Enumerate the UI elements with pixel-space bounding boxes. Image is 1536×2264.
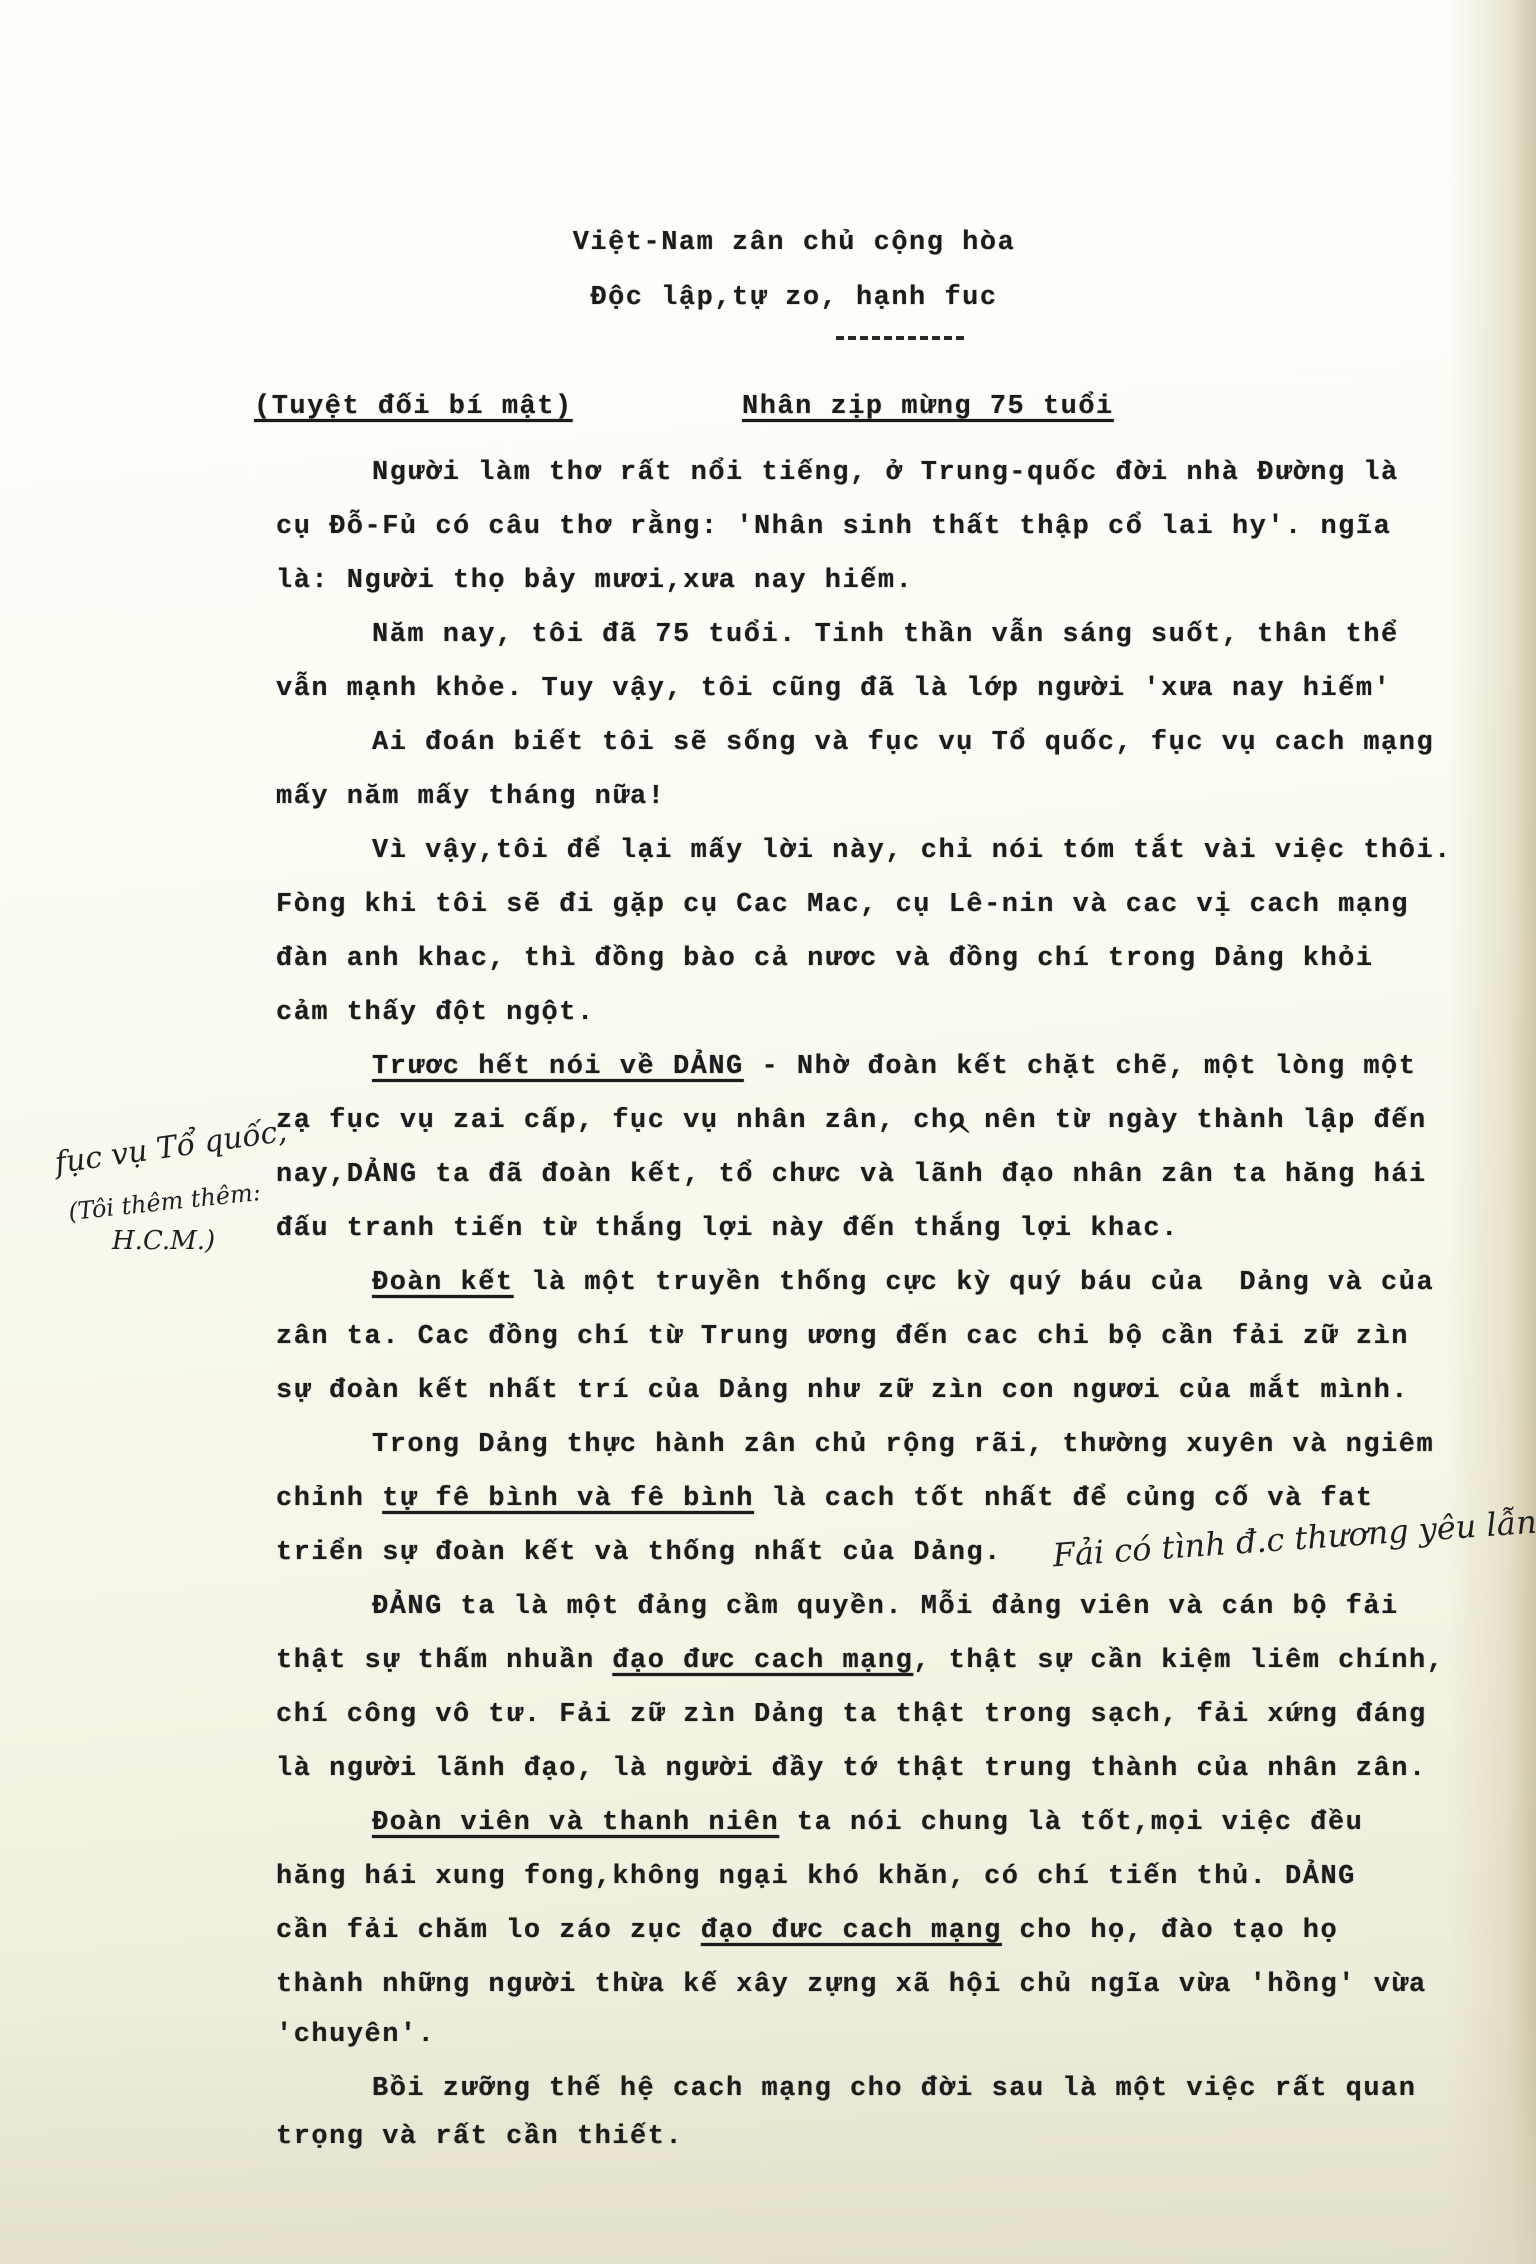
text-line: triển sự đoàn kết và thống nhất của Dảng… <box>276 1538 1002 1568</box>
document-title: Nhân zịp mừng 75 tuổi <box>742 392 1114 422</box>
underlined-phrase: Đoàn kết <box>372 1268 514 1298</box>
text-span: ta nói chung là tốt,mọi việc đều <box>779 1808 1363 1838</box>
text-line: trọng và rất cần thiết. <box>276 2122 683 2152</box>
text-span: mấy năm mấy tháng nữa! <box>276 782 665 812</box>
text-span: Bồi zưỡng thế hệ cach mạng cho đời sau l… <box>372 2074 1416 2104</box>
text-span: hăng hái xung fong,không ngại khó khăn, … <box>276 1862 1356 1892</box>
text-span: là: Người thọ bảy mươi,xưa nay hiếm. <box>276 566 913 596</box>
text-line: Đoàn kết là một truyền thống cực kỳ quý … <box>372 1268 1434 1298</box>
text-span: chỉnh <box>276 1484 382 1514</box>
page-edge-shadow <box>1446 0 1536 2264</box>
text-span: đàn anh khac, thì đồng bào cả nươc và đồ… <box>276 944 1374 974</box>
text-span: cho họ, đào tạo họ <box>1002 1916 1338 1946</box>
underlined-phrase: Đoàn viên và thanh niên <box>372 1808 779 1838</box>
text-line: zân ta. Cac đồng chí từ Trung ương đến c… <box>276 1322 1409 1352</box>
text-span: Năm nay, tôi đã 75 tuổi. Tinh thần vẫn s… <box>372 620 1399 650</box>
text-line: cần fải chăm lo záo zục đạo đưc cach mạn… <box>276 1916 1338 1946</box>
text-span: ĐẢNG ta là một đảng cầm quyền. Mỗi đảng … <box>372 1592 1399 1622</box>
header-divider <box>836 336 964 340</box>
text-line: zạ fục vụ zai cấp, fục vụ nhân zân, cho … <box>276 1106 1427 1136</box>
insertion-caret-mark: ^ <box>945 1117 974 1157</box>
text-line: là: Người thọ bảy mươi,xưa nay hiếm. <box>276 566 913 596</box>
text-span: trọng và rất cần thiết. <box>276 2122 683 2152</box>
text-line: sự đoàn kết nhất trí của Dảng như zữ zìn… <box>276 1376 1409 1406</box>
text-line: chỉnh tự fê bình và fê bình là cach tốt … <box>276 1484 1374 1514</box>
handwritten-margin-note-1: fục vụ Tổ quốc, <box>53 1114 289 1181</box>
text-line: Ai đoán biết tôi sẽ sống và fục vụ Tổ qu… <box>372 728 1434 758</box>
text-line: Fòng khi tôi sẽ đi gặp cụ Cac Mac, cụ Lê… <box>276 890 1409 920</box>
text-line: thật sự thấm nhuần đạo đưc cach mạng, th… <box>276 1646 1444 1676</box>
page-bottom-shadow <box>0 2004 1536 2264</box>
national-motto: Độc lập,tự zo, hạnh fuc <box>0 283 1536 313</box>
text-span: 'chuyên'. <box>276 2020 435 2050</box>
text-span: là một truyền thống cực kỳ quý báu của D… <box>514 1268 1435 1298</box>
text-line: Trươc hết nói về DẢNG - Nhờ đoàn kết chặ… <box>372 1052 1416 1082</box>
handwritten-margin-signature: H.C.M.) <box>112 1226 215 1256</box>
text-span: đấu tranh tiến từ thắng lợi này đến thắn… <box>276 1214 1179 1244</box>
text-span: sự đoàn kết nhất trí của Dảng như zữ zìn… <box>276 1376 1409 1406</box>
text-line: hăng hái xung fong,không ngại khó khăn, … <box>276 1862 1356 1892</box>
text-span: cảm thấy đột ngột. <box>276 998 595 1028</box>
text-span: là cach tốt nhất để củng cố và fat <box>754 1484 1374 1514</box>
text-span: Vì vậy,tôi để lại mấy lời này, chỉ nói t… <box>372 836 1452 866</box>
national-title: Việt-Nam zân chủ cộng hòa <box>0 228 1536 258</box>
underlined-phrase: đạo đưc cach mạng <box>701 1916 1002 1946</box>
text-span: cụ Đỗ-Fủ có câu thơ rằng: 'Nhân sinh thấ… <box>276 512 1391 542</box>
text-span: thật sự thấm nhuần <box>276 1646 612 1676</box>
text-span: - Nhờ đoàn kết chặt chẽ, một lòng một <box>744 1052 1417 1082</box>
text-line: Đoàn viên và thanh niên ta nói chung là … <box>372 1808 1363 1838</box>
text-span: thành những người thừa kế xây zựng xã hộ… <box>276 1970 1427 2000</box>
text-line: ĐẢNG ta là một đảng cầm quyền. Mỗi đảng … <box>372 1592 1399 1622</box>
text-span: Người làm thơ rất nổi tiếng, ở Trung-quố… <box>372 458 1399 488</box>
text-line: chí công vô tư. Fải zữ zìn Dảng ta thật … <box>276 1700 1427 1730</box>
text-line: là người lãnh đạo, là người đầy tớ thật … <box>276 1754 1427 1784</box>
text-span: , thật sự cần kiệm liêm chính, <box>913 1646 1444 1676</box>
text-line: đàn anh khac, thì đồng bào cả nươc và đồ… <box>276 944 1374 974</box>
text-line: nay,DẢNG ta đã đoàn kết, tổ chưc và lãnh… <box>276 1160 1427 1190</box>
text-span: triển sự đoàn kết và thống nhất của Dảng… <box>276 1538 1002 1568</box>
text-line: vẫn mạnh khỏe. Tuy vậy, tôi cũng đã là l… <box>276 674 1391 704</box>
text-line: cụ Đỗ-Fủ có câu thơ rằng: 'Nhân sinh thấ… <box>276 512 1391 542</box>
text-line: Vì vậy,tôi để lại mấy lời này, chỉ nói t… <box>372 836 1452 866</box>
text-line: 'chuyên'. <box>276 2020 435 2050</box>
classification-label: (Tuyệt đối bí mật) <box>254 392 573 422</box>
text-line: Người làm thơ rất nổi tiếng, ở Trung-quố… <box>372 458 1399 488</box>
text-span: chí công vô tư. Fải zữ zìn Dảng ta thật … <box>276 1700 1427 1730</box>
text-span: là người lãnh đạo, là người đầy tớ thật … <box>276 1754 1427 1784</box>
text-span: Fòng khi tôi sẽ đi gặp cụ Cac Mac, cụ Lê… <box>276 890 1409 920</box>
text-span: nay,DẢNG ta đã đoàn kết, tổ chưc và lãnh… <box>276 1160 1427 1190</box>
text-line: thành những người thừa kế xây zựng xã hộ… <box>276 1970 1427 2000</box>
text-line: cảm thấy đột ngột. <box>276 998 595 1028</box>
text-span: cần fải chăm lo záo zục <box>276 1916 701 1946</box>
text-span: Ai đoán biết tôi sẽ sống và fục vụ Tổ qu… <box>372 728 1434 758</box>
text-line: đấu tranh tiến từ thắng lợi này đến thắn… <box>276 1214 1179 1244</box>
underlined-phrase: đạo đưc cach mạng <box>612 1646 913 1676</box>
text-line: Bồi zưỡng thế hệ cach mạng cho đời sau l… <box>372 2074 1416 2104</box>
underlined-phrase: tự fê bình và fê bình <box>382 1484 754 1514</box>
text-line: Năm nay, tôi đã 75 tuổi. Tinh thần vẫn s… <box>372 620 1399 650</box>
text-span: Trong Dảng thực hành zân chủ rộng rãi, t… <box>372 1430 1434 1460</box>
text-span: vẫn mạnh khỏe. Tuy vậy, tôi cũng đã là l… <box>276 674 1391 704</box>
text-line: mấy năm mấy tháng nữa! <box>276 782 665 812</box>
underlined-phrase: Trươc hết nói về DẢNG <box>372 1052 744 1082</box>
text-span: zạ fục vụ zai cấp, fục vụ nhân zân, cho … <box>276 1106 1427 1136</box>
handwritten-margin-note-2: (Tôi thêm thêm: <box>67 1178 262 1226</box>
text-line: Trong Dảng thực hành zân chủ rộng rãi, t… <box>372 1430 1434 1460</box>
text-span: zân ta. Cac đồng chí từ Trung ương đến c… <box>276 1322 1409 1352</box>
